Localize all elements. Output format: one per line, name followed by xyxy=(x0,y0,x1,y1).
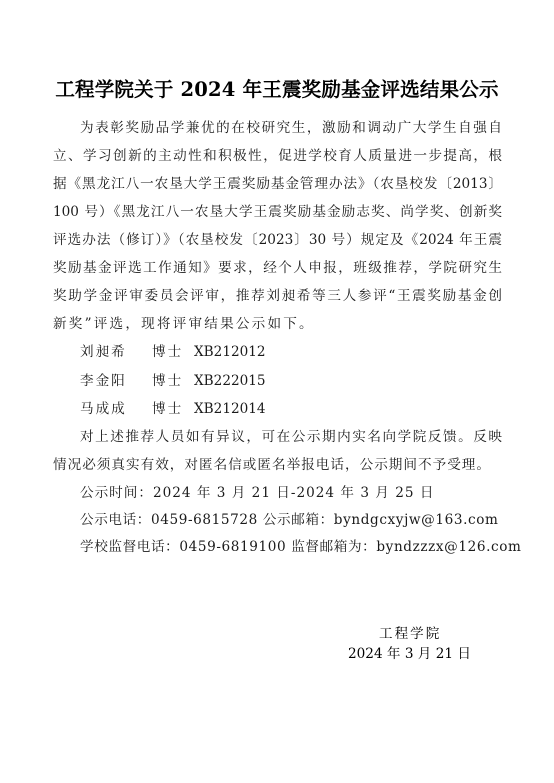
paragraph-line: 评选办法（修订）》（农垦校发〔2023〕30 号）规定及《2024 年王震 xyxy=(53,231,502,249)
nominee-id: XB212012 xyxy=(194,343,266,361)
nominee-row: 李金阳 博士 XB222015 xyxy=(80,372,380,390)
paragraph-line: 立、学习创新的主动性和积极性，促进学校育人质量进一步提高，根 xyxy=(53,147,502,165)
nominee-id: XB222015 xyxy=(194,372,266,390)
contact-info: 公示电话：0459-6815728 公示邮箱：byndgcxyjw@163.co… xyxy=(80,511,499,529)
nominee-degree: 博士 xyxy=(152,400,183,418)
supervision-info: 学校监督电话：0459-6819100 监督邮箱为：byndzzzx@126.c… xyxy=(80,538,522,556)
signature-org: 工程学院 xyxy=(379,625,441,643)
nominee-name: 马成成 xyxy=(80,400,127,418)
nominee-name: 刘昶希 xyxy=(80,343,127,361)
paragraph-line: 100 号）《黑龙江八一农垦大学王震奖励基金励志奖、尚学奖、创新奖 xyxy=(53,203,502,221)
paragraph-line: 为表彰奖励品学兼优的在校研究生，激励和调动广大学生自强自 xyxy=(80,119,502,137)
nominee-degree: 博士 xyxy=(152,372,183,390)
nominee-row: 刘昶希 博士 XB212012 xyxy=(80,343,380,361)
nominee-degree: 博士 xyxy=(152,343,183,361)
nominee-name: 李金阳 xyxy=(80,372,127,390)
paragraph-line: 据《黑龙江八一农垦大学王震奖励基金管理办法》（农垦校发〔2013〕 xyxy=(53,175,502,193)
paragraph-line: 对上述推荐人员如有异议，可在公示期内实名向学院反馈。反映 xyxy=(80,428,502,446)
nominee-id: XB212014 xyxy=(194,400,266,418)
nominee-row: 马成成 博士 XB212014 xyxy=(80,400,380,418)
paragraph-line: 奖助学金评审委员会评审，推荐刘昶希等三人参评“王震奖励基金创 xyxy=(53,287,502,305)
paragraph-line: 新奖”评选，现将评审结果公示如下。 xyxy=(53,315,315,333)
document-title: 工程学院关于 2024 年王震奖励基金评选结果公示 xyxy=(0,74,554,102)
paragraph-line: 情况必须真实有效，对匿名信或匿名举报电话，公示期间不予受理。 xyxy=(53,456,490,474)
publicity-period: 公示时间：2024 年 3 月 21 日-2024 年 3 月 25 日 xyxy=(80,484,434,502)
paragraph-line: 奖励基金评选工作通知》要求，经个人申报，班级推荐，学院研究生 xyxy=(53,259,502,277)
signature-date: 2024 年 3 月 21 日 xyxy=(348,645,471,663)
